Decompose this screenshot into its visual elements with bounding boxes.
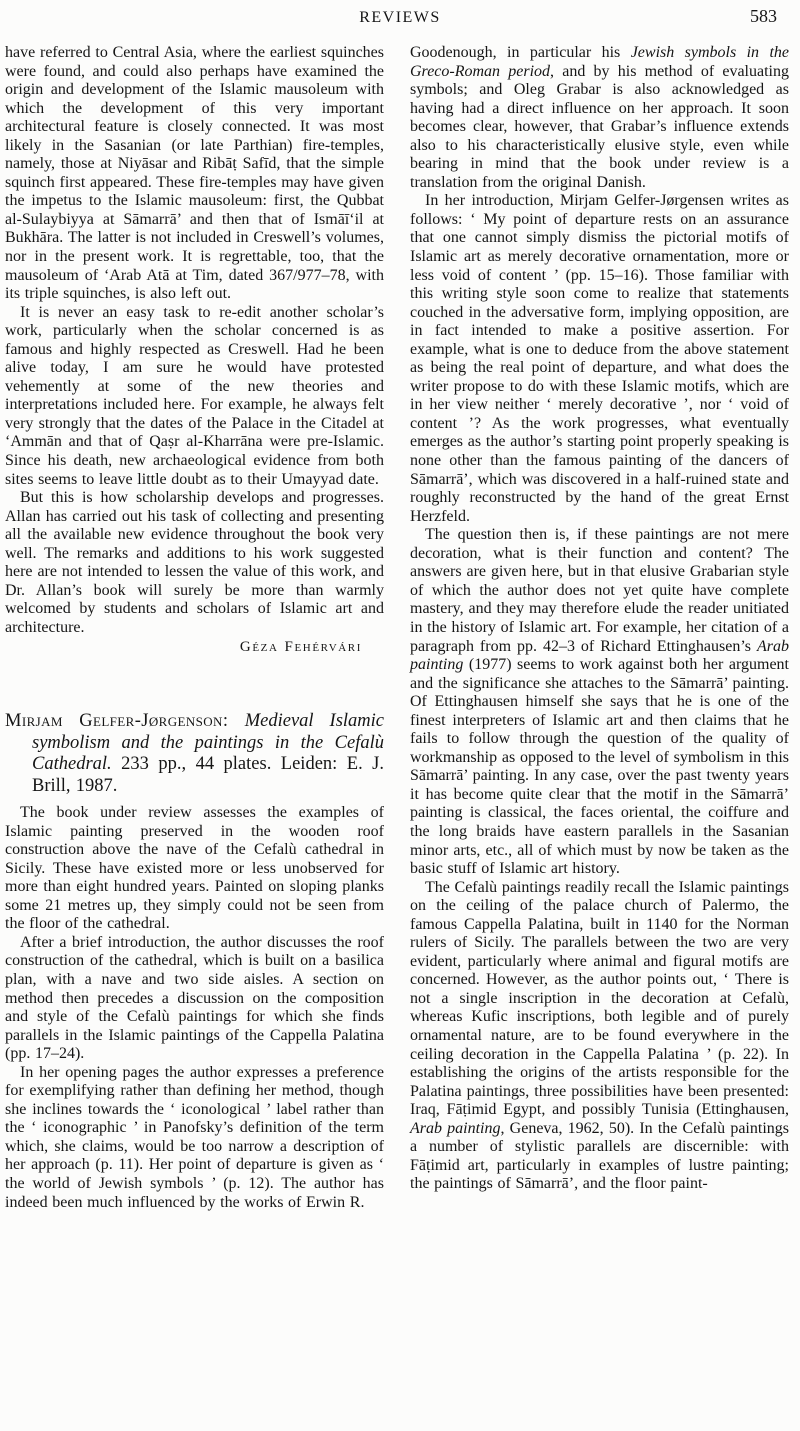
left-column: have referred to Central Asia, where the… bbox=[5, 44, 384, 1212]
paragraph: Goodenough, in particular his Jewish sym… bbox=[410, 44, 789, 192]
review-citation: Mirjam Gelfer-Jørgenson: Medieval Islami… bbox=[5, 711, 384, 797]
two-column-body: have referred to Central Asia, where the… bbox=[0, 34, 800, 1212]
smallcaps-text: Géza Fehérvári bbox=[240, 639, 362, 655]
paragraph: But this is how scholarship develops and… bbox=[5, 489, 384, 637]
italic-text: Arab painting bbox=[410, 1120, 501, 1137]
body-text: The Cefalù paintings readily recall the … bbox=[410, 879, 789, 1119]
paragraph: In her introduction, Mirjam Gelfer-Jørge… bbox=[410, 192, 789, 526]
paragraph: have referred to Central Asia, where the… bbox=[5, 44, 384, 304]
smallcaps-text: Mirjam Gelfer-Jørgenson: bbox=[5, 711, 245, 731]
paragraph: In her opening pages the author expresse… bbox=[5, 1064, 384, 1212]
body-text: It is never an easy task to re-edit anot… bbox=[5, 304, 384, 488]
journal-page: REVIEWS 583 have referred to Central Asi… bbox=[0, 0, 800, 1431]
running-title: REVIEWS bbox=[0, 9, 800, 27]
body-text: have referred to Central Asia, where the… bbox=[5, 44, 384, 302]
body-text: In her opening pages the author expresse… bbox=[5, 1064, 384, 1211]
body-text: Goodenough, in particular his bbox=[410, 44, 631, 61]
body-text: The book under review assesses the examp… bbox=[5, 804, 384, 932]
body-text: (1977) seems to work against both her ar… bbox=[410, 656, 789, 877]
paragraph: The book under review assesses the examp… bbox=[5, 804, 384, 934]
body-text: The question then is, if these paintings… bbox=[410, 526, 789, 654]
paragraph: The Cefalù paintings readily recall the … bbox=[410, 879, 789, 1194]
paragraph: After a brief introduction, the author d… bbox=[5, 934, 384, 1064]
reviewer-signature: Géza Fehérvári bbox=[5, 638, 384, 657]
body-text: In her introduction, Mirjam Gelfer-Jørge… bbox=[410, 192, 789, 524]
body-text: , and by his method of evaluating symbol… bbox=[410, 63, 789, 191]
page-header: REVIEWS 583 bbox=[0, 0, 800, 34]
right-column: Goodenough, in particular his Jewish sym… bbox=[410, 44, 789, 1212]
paragraph: The question then is, if these paintings… bbox=[410, 526, 789, 878]
body-text: After a brief introduction, the author d… bbox=[5, 934, 384, 1062]
body-text: But this is how scholarship develops and… bbox=[5, 489, 384, 636]
page-number: 583 bbox=[750, 6, 777, 27]
paragraph: It is never an easy task to re-edit anot… bbox=[5, 304, 384, 489]
